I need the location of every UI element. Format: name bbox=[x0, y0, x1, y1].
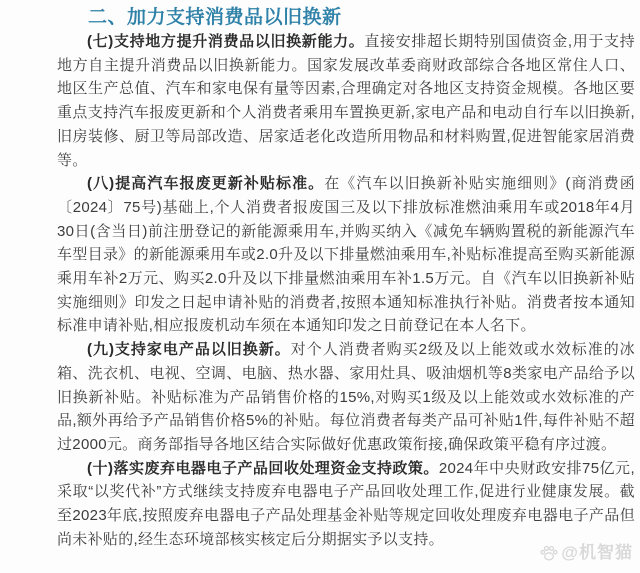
policy-item-7-text: 直接安排超长期特别国债资金,用于支持地方自主提升消费品以旧换新能力。国家发展改革… bbox=[57, 33, 635, 169]
document-page: 二、加力支持消费品以旧换新 (七)支持地方提升消费品以旧换新能力。直接安排超长期… bbox=[0, 0, 640, 573]
paw-icon bbox=[539, 543, 559, 563]
watermark: @机智猫 bbox=[539, 541, 633, 565]
policy-item-9-title: (九)支持家电产品以旧换新。 bbox=[87, 341, 291, 358]
policy-item-8-text: 在《汽车以旧换新补贴实施细则》(商消费函〔2024〕75号)基础上,个人消费者报… bbox=[57, 175, 635, 334]
policy-item-7-title: (七)支持地方提升消费品以旧换新能力。 bbox=[87, 33, 364, 50]
policy-item-9: (九)支持家电产品以旧换新。对个人消费者购买2级及以上能效或水效标准的冰箱、洗衣… bbox=[57, 338, 635, 457]
policy-item-8-title: (八)提高汽车报废更新补贴标准。 bbox=[87, 175, 324, 192]
policy-item-10-title: (十)落实废弃电器电子产品回收处理资金支持政策。 bbox=[87, 460, 439, 477]
policy-item-7: (七)支持地方提升消费品以旧换新能力。直接安排超长期特别国债资金,用于支持地方自… bbox=[57, 30, 635, 172]
watermark-text: @机智猫 bbox=[561, 541, 633, 565]
policy-item-8: (八)提高汽车报废更新补贴标准。在《汽车以旧换新补贴实施细则》(商消费函〔202… bbox=[57, 172, 635, 338]
section-heading: 二、加力支持消费品以旧换新 bbox=[57, 5, 635, 30]
policy-item-10: (十)落实废弃电器电子产品回收处理资金支持政策。2024年中央财政安排75亿元,… bbox=[57, 457, 635, 552]
